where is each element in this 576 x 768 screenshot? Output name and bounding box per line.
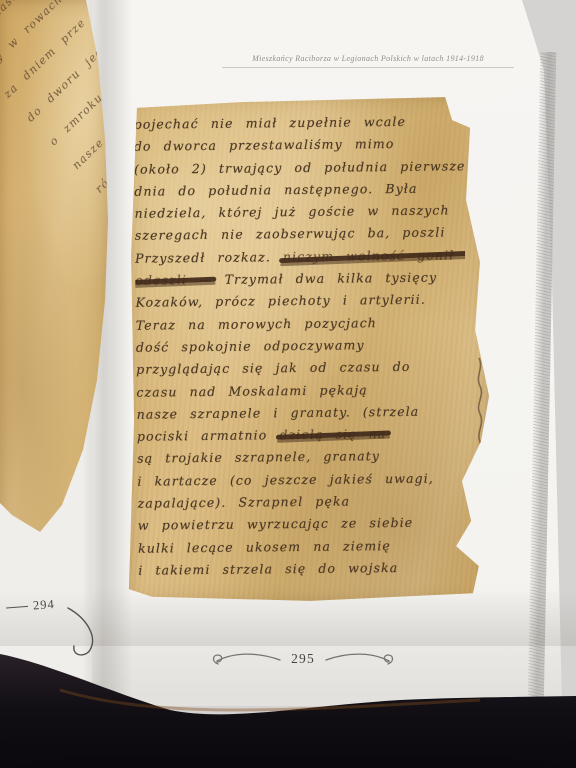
manuscript-text: pojechać nie miał zupełnie wcaledo dworc…	[134, 110, 469, 582]
manuscript-line: i takiemi strzela się do wojska	[138, 556, 468, 582]
manuscript-line: szeregach nie zaobserwując ba, poszli	[135, 222, 465, 248]
running-header: Mieszkańcy Raciborza w Legionach Polskic…	[222, 54, 514, 68]
manuscript-photo: pojechać nie miał zupełnie wcaledo dworc…	[126, 94, 492, 606]
page-bottom-shadow	[0, 590, 576, 646]
manuscript-line: nasze szrapnele i granaty. (strzela	[137, 400, 467, 426]
book-photo: m wraz tymi pod lasem tśmy w rowachza dn…	[0, 0, 576, 768]
manuscript-line: i kartacze (co jeszcze jakieś uwagi,	[137, 467, 467, 493]
manuscript-line: (około 2) trwający od południa pierwszeg…	[134, 155, 464, 181]
book-cover-edge	[0, 640, 576, 768]
manuscript-line: Kozaków, prócz piechoty i artylerii.	[135, 289, 465, 315]
